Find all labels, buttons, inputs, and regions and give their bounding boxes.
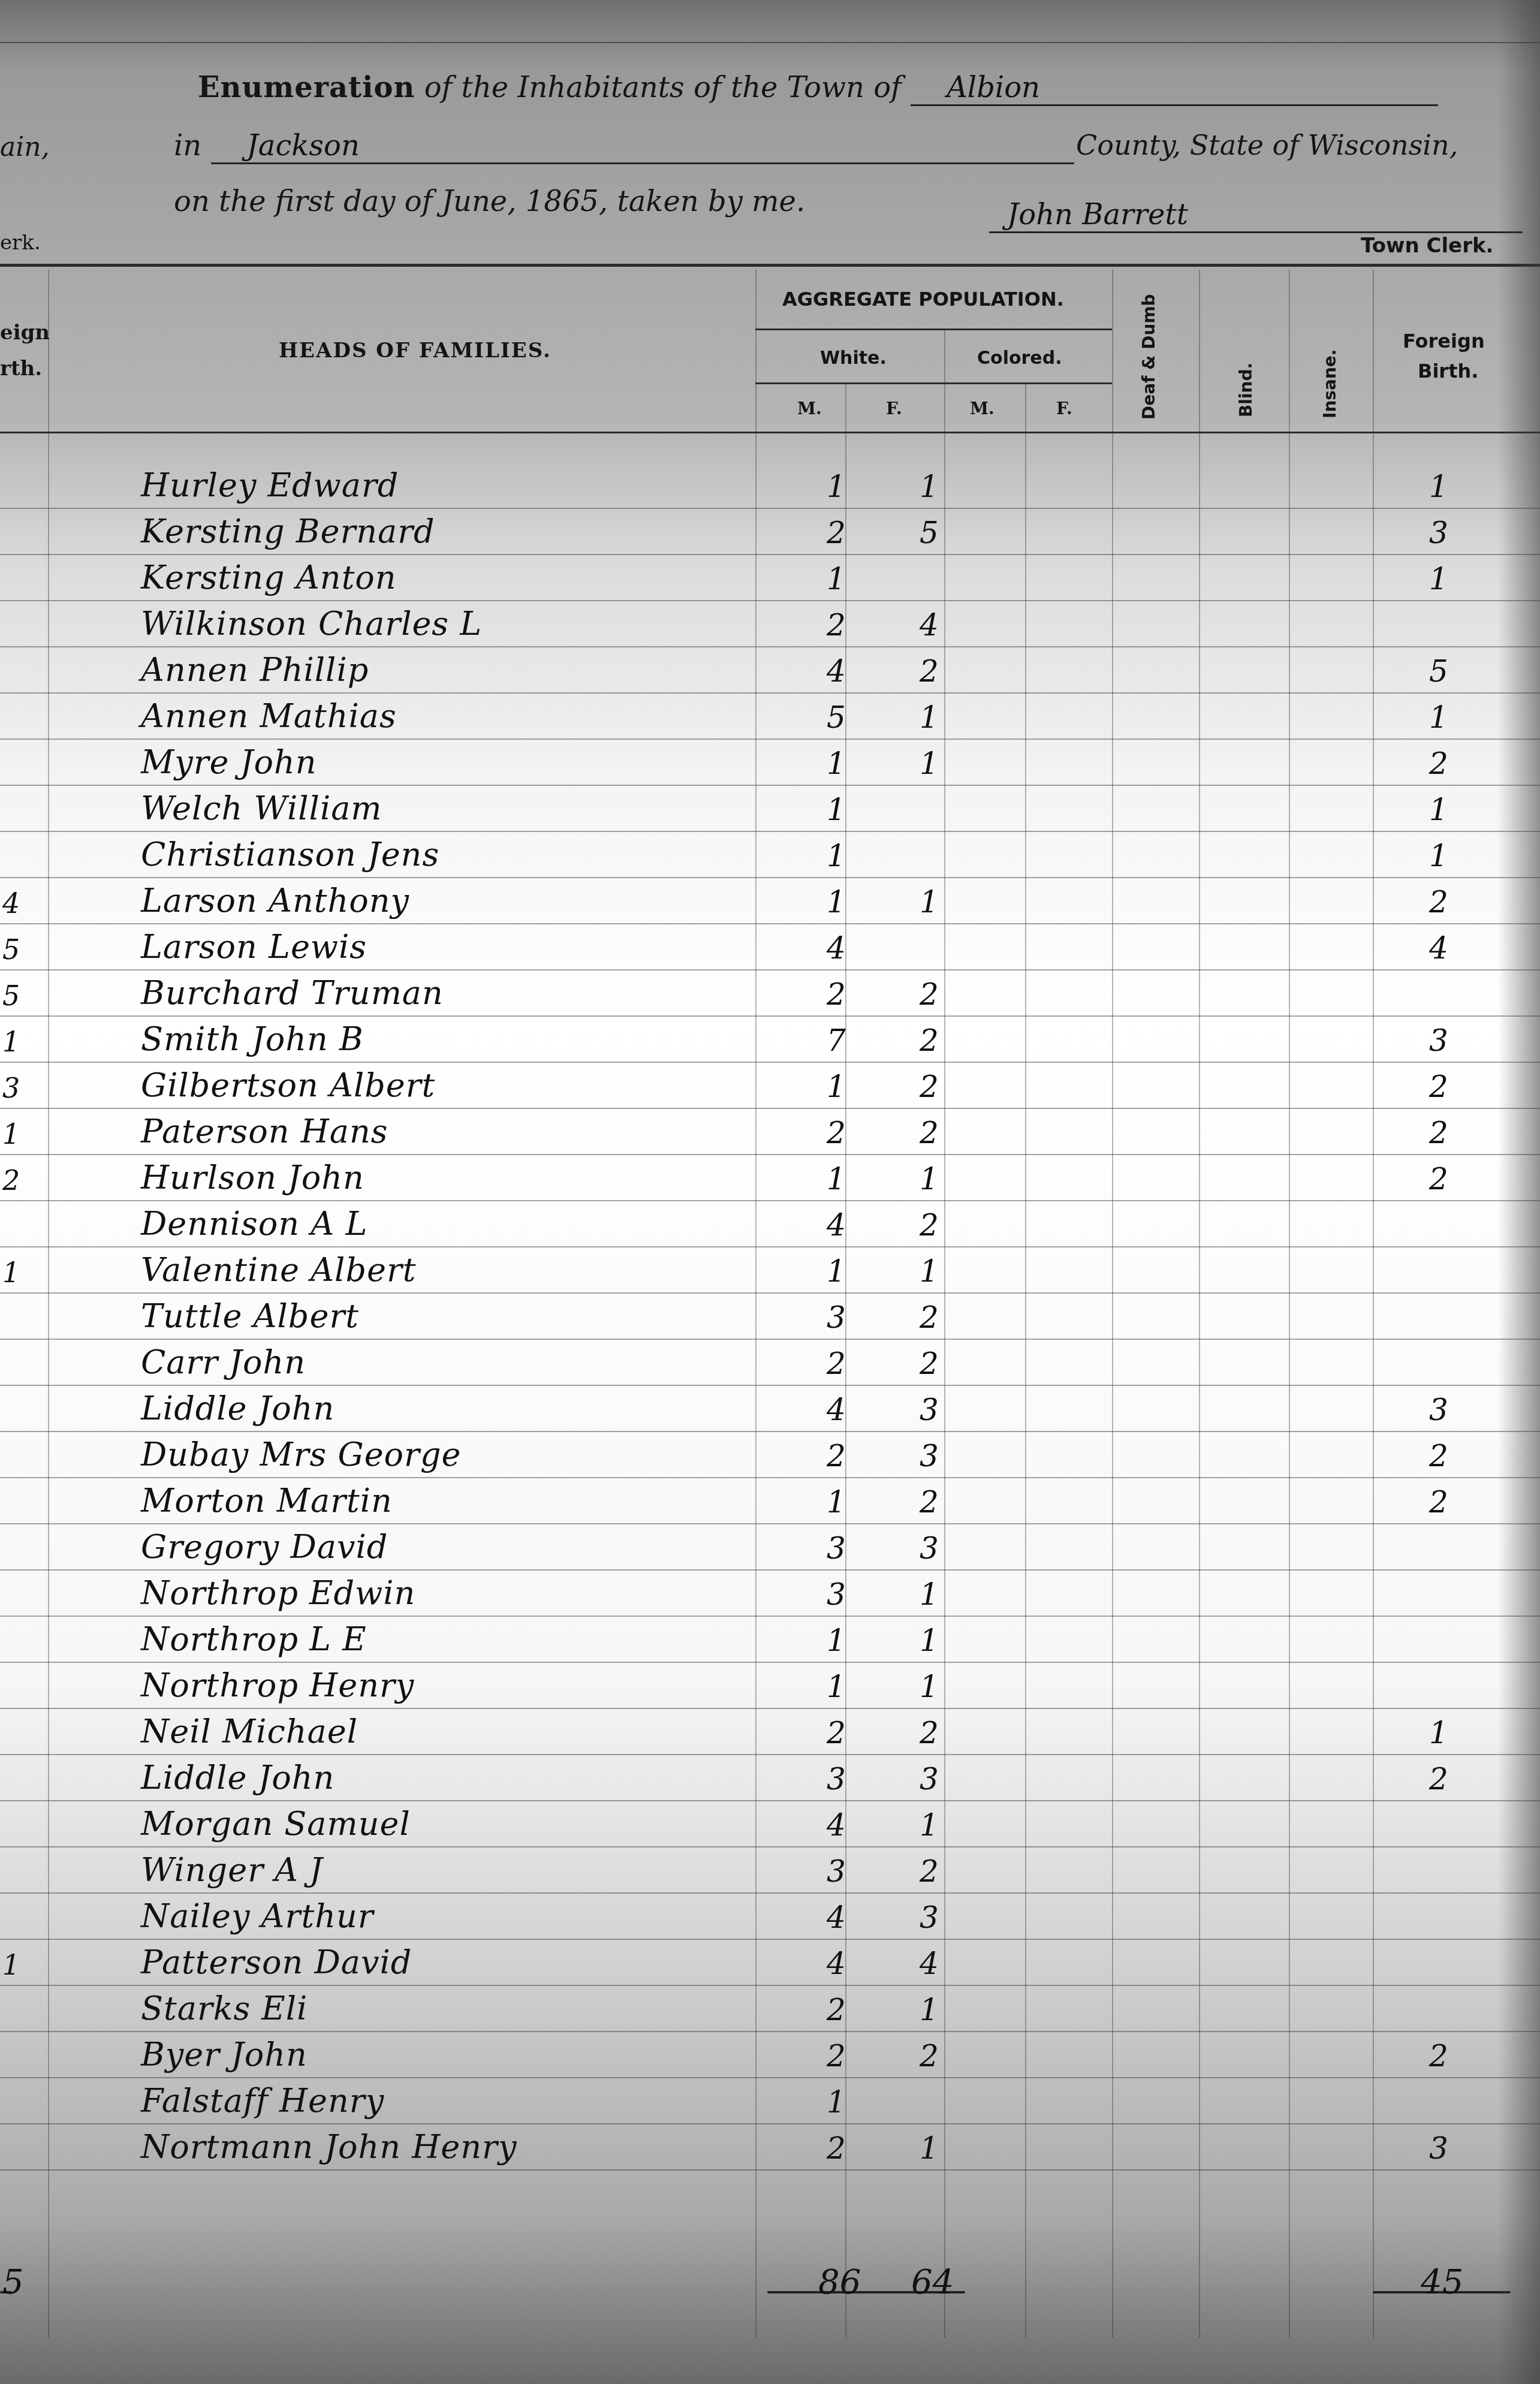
white-female-count: 3 [911,1762,947,1797]
white-male-count: 1 [818,1069,854,1104]
table-row: Northrop Henry11 [0,1662,1540,1709]
white-male-count: 3 [818,1762,854,1797]
white-male-count: 4 [818,654,854,689]
colored-f-header: F. [1056,399,1072,418]
head-of-family-name: Hurlson John [141,1159,364,1196]
table-row: Carr John22 [0,1339,1540,1386]
table-row: Dubay Mrs George232 [0,1431,1540,1478]
head-of-family-name: Wilkinson Charles L [141,605,482,643]
white-female-count: 1 [911,1623,947,1658]
white-male-count: 1 [818,885,854,920]
margin-note: 1 [2,1118,20,1150]
margin-note: 5 [2,933,20,966]
foreign-birth-count: 2 [1421,1485,1457,1520]
table-row: Nailey Arthur43 [0,1892,1540,1940]
foreign-birth-count: 1 [1421,700,1457,735]
white-female-count: 2 [911,654,947,689]
head-of-family-name: Gilbertson Albert [141,1066,435,1104]
table-row: Wilkinson Charles L24 [0,600,1540,647]
white-female-count: 4 [911,1946,947,1981]
table-row: Northrop L E11 [0,1616,1540,1663]
white-female-count: 1 [911,1993,947,2027]
table-row: 4Larson Anthony112 [0,877,1540,924]
foreign-birth-total: 45 [1421,2263,1457,2302]
white-male-count: 1 [818,1485,854,1520]
table-row: Gregory David33 [0,1523,1540,1571]
white-female-count: 1 [911,1162,947,1196]
white-female-count: 3 [911,1531,947,1566]
white-female-count: 1 [911,1669,947,1704]
white-female-count: 1 [911,885,947,920]
foreign-birth-count: 3 [1421,2131,1457,2166]
table-row: Welch William11 [0,785,1540,832]
foreign-birth-header-2: Birth. [1418,360,1478,382]
table-row: 5Larson Lewis44 [0,923,1540,971]
margin-total: 5 [2,2263,24,2302]
left-fragment-2: erk. [0,231,41,255]
white-female-count: 2 [911,1716,947,1750]
table-row: Liddle John433 [0,1385,1540,1432]
head-of-family-name: Northrop L E [141,1620,367,1658]
table-row: Dennison A L42 [0,1200,1540,1247]
foreign-birth-header-1: Foreign [1403,330,1485,352]
deaf-dumb-header: Deaf & Dumb [1139,294,1159,420]
left-fragment-1: ain, [0,132,50,162]
table-row: Neil Michael221 [0,1708,1540,1755]
totals-row: 5 86 64 45 [0,2254,1540,2326]
white-male-count: 3 [818,1854,854,1889]
white-female-count: 1 [911,1808,947,1843]
white-female-count: 2 [911,1116,947,1150]
title-prefix: Enumeration [198,71,415,104]
table-row: 2Hurlson John112 [0,1154,1540,1201]
table-row: Starks Eli21 [0,1985,1540,2032]
head-of-family-name: Hurley Edward [141,466,399,504]
head-of-family-name: Neil Michael [141,1713,358,1750]
white-male-count: 2 [818,1346,854,1381]
white-male-count: 2 [818,1439,854,1473]
colored-header: Colored. [977,348,1062,369]
aggregate-population-header: AGGREGATE POPULATION. [782,288,1064,311]
heads-of-families-header: HEADS OF FAMILIES. [279,339,551,363]
white-female-count: 2 [911,2039,947,2073]
head-of-family-name: Patterson David [141,1943,412,1981]
margin-note: 3 [2,1072,20,1104]
head-of-family-name: Smith John B [141,1020,364,1058]
white-male-count: 4 [818,931,854,966]
column-header-rule [0,432,1540,433]
white-male-count: 1 [818,1669,854,1704]
table-row: Annen Mathias511 [0,692,1540,740]
margin-note: 1 [2,1949,20,1981]
county-state-suffix: County, State of Wisconsin, [1076,129,1458,161]
white-male-count: 1 [818,839,854,873]
white-male-count: 2 [818,1716,854,1750]
white-male-count: 1 [818,792,854,827]
white-male-count: 1 [818,562,854,596]
table-row: Falstaff Henry1 [0,2077,1540,2124]
blind-header: Blind. [1236,360,1256,420]
left-col-fragment-1: eign [0,321,50,345]
foreign-birth-count: 3 [1421,516,1457,550]
white-male-count: 2 [818,2131,854,2166]
head-of-family-name: Gregory David [141,1528,388,1566]
head-of-family-name: Paterson Hans [141,1113,388,1150]
white-male-count: 3 [818,1531,854,1566]
white-female-count: 3 [911,1900,947,1935]
county-field: Jackson [211,129,1074,164]
title-line-3: on the first day of June, 1865, taken by… [174,185,805,218]
table-row: Byer John222 [0,2031,1540,2078]
white-female-count: 1 [911,469,947,504]
white-female-count: 3 [911,1393,947,1427]
white-male-count: 1 [818,1162,854,1196]
foreign-birth-count: 5 [1421,654,1457,689]
foreign-birth-count: 2 [1421,1116,1457,1150]
table-row: 1Paterson Hans222 [0,1108,1540,1155]
sub-rule [755,382,1112,384]
table-row: Annen Phillip425 [0,646,1540,694]
foreign-birth-count: 2 [1421,1162,1457,1196]
head-of-family-name: Valentine Albert [141,1251,416,1289]
table-row: Tuttle Albert32 [0,1292,1540,1340]
census-sheet: Enumeration of the Inhabitants of the To… [0,0,1540,2384]
insane-header: Insane. [1320,348,1340,420]
foreign-birth-count: 2 [1421,746,1457,781]
foreign-birth-count: 2 [1421,1762,1457,1797]
table-row: Kersting Anton11 [0,554,1540,601]
white-male-count: 1 [818,746,854,781]
foreign-birth-count: 2 [1421,1069,1457,1104]
margin-note: 5 [2,979,20,1012]
white-male-count: 4 [818,1393,854,1427]
white-male-count: 4 [818,1208,854,1243]
white-male-count: 2 [818,1116,854,1150]
margin-note: 4 [2,887,20,920]
head-of-family-name: Dennison A L [141,1205,367,1243]
head-of-family-name: Carr John [141,1343,306,1381]
foreign-birth-count: 3 [1421,1393,1457,1427]
white-female-count: 3 [911,1439,947,1473]
white-male-count: 1 [818,2085,854,2120]
aggregate-rule [755,328,1112,330]
white-male-count: 2 [818,977,854,1012]
white-male-count: 2 [818,516,854,550]
head-of-family-name: Larson Anthony [141,882,409,920]
white-female-count: 5 [911,516,947,550]
header-rule-top [0,42,1540,43]
white-male-count: 7 [818,1023,854,1058]
title-mid: of the Inhabitants of the Town of [424,71,902,104]
table-row: 1Smith John B723 [0,1015,1540,1063]
margin-note: 1 [2,1256,20,1289]
table-row: Morton Martin122 [0,1477,1540,1524]
white-female-count: 4 [911,608,947,643]
foreign-birth-count: 2 [1421,885,1457,920]
foreign-birth-count: 4 [1421,931,1457,966]
head-of-family-name: Larson Lewis [141,928,367,966]
white-male-count: 1 [818,1623,854,1658]
white-m-header: M. [797,399,822,418]
white-male-count: 4 [818,1900,854,1935]
white-male-count: 5 [818,700,854,735]
table-row: Hurley Edward111 [0,462,1540,509]
title-line-2: in Jackson [174,129,1074,164]
table-row: Winger A J32 [0,1846,1540,1894]
head-of-family-name: Winger A J [141,1851,323,1889]
foreign-birth-count: 1 [1421,792,1457,827]
head-of-family-name: Burchard Truman [141,974,444,1012]
white-female-count: 2 [911,1300,947,1335]
white-male-count: 3 [818,1300,854,1335]
head-of-family-name: Nailey Arthur [141,1897,374,1935]
table-row: Morgan Samuel41 [0,1800,1540,1847]
head-of-family-name: Annen Phillip [141,651,369,689]
foreign-birth-count: 2 [1421,2039,1457,2073]
head-of-family-name: Morton Martin [141,1482,393,1520]
head-of-family-name: Northrop Edwin [141,1574,415,1612]
margin-note: 2 [2,1164,20,1196]
table-row: 3Gilbertson Albert122 [0,1062,1540,1109]
table-row: 5Burchard Truman22 [0,969,1540,1017]
white-female-count: 1 [911,1577,947,1612]
white-male-count: 3 [818,1577,854,1612]
left-col-fragment-2: rth. [0,357,42,381]
head-of-family-name: Kersting Bernard [141,513,435,550]
white-female-count: 1 [911,1254,947,1289]
white-female-count: 2 [911,1208,947,1243]
table-row: Christianson Jens11 [0,831,1540,878]
white-female-count: 2 [911,1023,947,1058]
head-of-family-name: Kersting Anton [141,559,397,596]
colored-m-header: M. [970,399,994,418]
head-of-family-name: Tuttle Albert [141,1297,359,1335]
white-female-count: 1 [911,2131,947,2166]
head-of-family-name: Liddle John [141,1759,334,1797]
white-female-count: 1 [911,700,947,735]
title-line-1: Enumeration of the Inhabitants of the To… [198,71,1438,106]
table-row: 1Valentine Albert11 [0,1246,1540,1294]
table-row: 1Patterson David44 [0,1939,1540,1986]
head-of-family-name: Falstaff Henry [141,2082,384,2120]
header-rule-thick [0,264,1540,267]
white-male-count: 1 [818,469,854,504]
foreign-birth-count: 1 [1421,1716,1457,1750]
head-of-family-name: Christianson Jens [141,836,439,873]
white-female-count: 2 [911,1854,947,1889]
white-female-count: 2 [911,1485,947,1520]
head-of-family-name: Byer John [141,2036,308,2073]
town-clerk-label: Town Clerk. [1361,234,1493,258]
table-row: Northrop Edwin31 [0,1569,1540,1617]
white-f-total: 64 [911,2263,947,2302]
head-of-family-name: Morgan Samuel [141,1805,411,1843]
white-female-count: 2 [911,1069,947,1104]
clerk-signature: John Barrett [989,198,1523,233]
head-of-family-name: Myre John [141,743,317,781]
white-male-count: 1 [818,1254,854,1289]
table-row: Liddle John332 [0,1754,1540,1801]
white-male-count: 4 [818,1946,854,1981]
table-row: Myre John112 [0,739,1540,786]
white-female-count: 2 [911,977,947,1012]
town-field: Albion [911,71,1438,106]
head-of-family-name: Northrop Henry [141,1666,414,1704]
head-of-family-name: Nortmann John Henry [141,2128,517,2166]
table-row: Kersting Bernard253 [0,508,1540,555]
head-of-family-name: Starks Eli [141,1990,308,2027]
table-row: Nortmann John Henry213 [0,2123,1540,2171]
white-m-total: 86 [818,2263,854,2302]
head-of-family-name: Annen Mathias [141,697,397,735]
margin-note: 1 [2,1026,20,1058]
head-of-family-name: Welch William [141,789,382,827]
white-female-count: 2 [911,1346,947,1381]
county-prefix: in [174,129,201,162]
foreign-birth-count: 1 [1421,469,1457,504]
white-male-count: 2 [818,608,854,643]
white-f-header: F. [886,399,902,418]
white-male-count: 2 [818,1993,854,2027]
head-of-family-name: Dubay Mrs George [141,1436,461,1473]
white-header: White. [820,348,887,369]
white-male-count: 2 [818,2039,854,2073]
foreign-birth-count: 1 [1421,839,1457,873]
head-of-family-name: Liddle John [141,1390,334,1427]
foreign-birth-count: 2 [1421,1439,1457,1473]
white-female-count: 1 [911,746,947,781]
foreign-birth-count: 1 [1421,562,1457,596]
white-male-count: 4 [818,1808,854,1843]
foreign-birth-count: 3 [1421,1023,1457,1058]
